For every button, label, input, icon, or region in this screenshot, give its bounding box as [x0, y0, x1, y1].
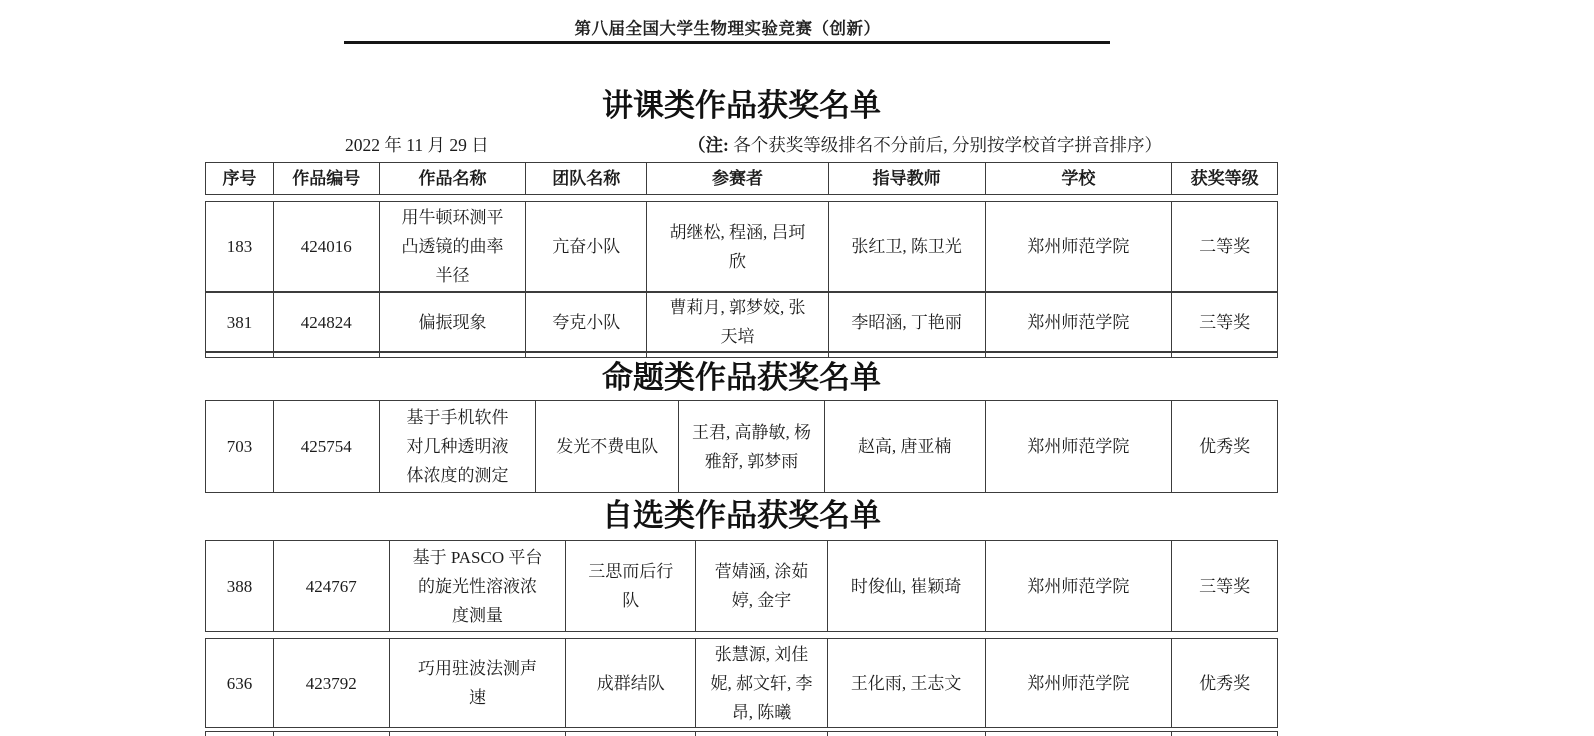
cell-work: 用牛顿环测平凸透镜的曲率半径 [379, 202, 526, 291]
cell-award: 优秀奖 [1171, 639, 1277, 727]
cell-school: 郑州师范学院 [985, 293, 1172, 351]
cell-members: 王君, 高静敏, 杨雅舒, 郭梦雨 [678, 401, 824, 492]
cell-team: 夸克小队 [525, 293, 646, 351]
cell-work: 基于手机软件对几种透明液体浓度的测定 [379, 401, 536, 492]
cell-award: 三等奖 [1171, 541, 1277, 631]
col-header-team: 团队名称 [525, 163, 646, 194]
cell-members: 菅婧涵, 涂茹婷, 金宇 [695, 541, 827, 631]
table-row-183: 183 424016 用牛顿环测平凸透镜的曲率半径 亢奋小队 胡继松, 程涵, … [205, 201, 1278, 292]
note-body: 各个获奖等级排名不分前后, 分别按学校首字拼音排序） [729, 135, 1162, 155]
note-label: （注: [688, 135, 729, 155]
col-header-no: 序号 [206, 163, 273, 194]
doc-running-header: 第八届全国大学生物理实验竞赛（创新） [345, 15, 1110, 39]
col-header-school: 学校 [985, 163, 1172, 194]
cell-school: 郑州师范学院 [985, 541, 1172, 631]
cell-school: 郑州师范学院 [985, 639, 1172, 727]
col-header-members: 参赛者 [646, 163, 828, 194]
section-title-lecture: 讲课类作品获奖名单 [205, 84, 1278, 128]
cell-code: 424824 [273, 293, 379, 351]
table-row-381: 381 424824 偏振现象 夸克小队 曹莉月, 郭梦姣, 张天培 李昭涵, … [205, 292, 1278, 352]
date-label: 2022 年 11 月 29 日 [345, 132, 489, 157]
award-table-header-row: 序号 作品编号 作品名称 团队名称 参赛者 指导教师 学校 获奖等级 [205, 162, 1278, 195]
section-title-self-selected: 自选类作品获奖名单 [205, 494, 1278, 538]
cell-work: 巧用驻波法测声速 [389, 639, 566, 727]
cell-members: 曹莉月, 郭梦姣, 张天培 [646, 293, 828, 351]
cell-no: 703 [206, 401, 273, 492]
table-row-388: 388 424767 基于 PASCO 平台的旋光性溶液浓度测量 三思而后行队 … [205, 540, 1278, 632]
cell-code: 424767 [273, 541, 389, 631]
header-rule-line [344, 41, 1110, 44]
document-page: 第八届全国大学生物理实验竞赛（创新） 讲课类作品获奖名单 2022 年 11 月… [0, 0, 1594, 736]
cell-no: 388 [206, 541, 273, 631]
cell-members: 张慧源, 刘佳妮, 郝文轩, 李昂, 陈曦 [695, 639, 827, 727]
cell-no: 636 [206, 639, 273, 727]
cell-advisors: 赵高, 唐亚楠 [824, 401, 985, 492]
cell-advisors: 王化雨, 王志文 [827, 639, 985, 727]
cell-advisors: 时俊仙, 崔颖琦 [827, 541, 985, 631]
cell-work: 偏振现象 [379, 293, 526, 351]
cell-team: 发光不费电队 [535, 401, 678, 492]
cell-award: 优秀奖 [1171, 401, 1277, 492]
cell-code: 423792 [273, 639, 389, 727]
cell-school: 郑州师范学院 [985, 401, 1172, 492]
col-header-advisors: 指导教师 [828, 163, 985, 194]
cell-no: 183 [206, 202, 273, 291]
cell-work: 基于 PASCO 平台的旋光性溶液浓度测量 [389, 541, 566, 631]
cell-team: 三思而后行队 [565, 541, 695, 631]
cell-team: 成群结队 [565, 639, 695, 727]
table-row-636: 636 423792 巧用驻波法测声速 成群结队 张慧源, 刘佳妮, 郝文轩, … [205, 638, 1278, 728]
cell-school: 郑州师范学院 [985, 202, 1172, 291]
col-header-award: 获奖等级 [1171, 163, 1277, 194]
cell-advisors: 张红卫, 陈卫光 [828, 202, 985, 291]
cell-members: 胡继松, 程涵, 吕珂欣 [646, 202, 828, 291]
cell-award: 三等奖 [1171, 293, 1277, 351]
table-row-703: 703 425754 基于手机软件对几种透明液体浓度的测定 发光不费电队 王君,… [205, 400, 1278, 493]
cell-advisors: 李昭涵, 丁艳丽 [828, 293, 985, 351]
col-header-code: 作品编号 [273, 163, 379, 194]
cell-team: 亢奋小队 [525, 202, 646, 291]
section-title-proposition: 命题类作品获奖名单 [205, 356, 1278, 400]
note-text: （注: 各个获奖等级排名不分前后, 分别按学校首字拼音排序） [688, 132, 1162, 157]
cell-code: 425754 [273, 401, 379, 492]
cell-no: 381 [206, 293, 273, 351]
cell-award: 二等奖 [1171, 202, 1277, 291]
col-header-work: 作品名称 [379, 163, 526, 194]
table-row-stub-clipped [205, 731, 1278, 736]
cell-code: 424016 [273, 202, 379, 291]
